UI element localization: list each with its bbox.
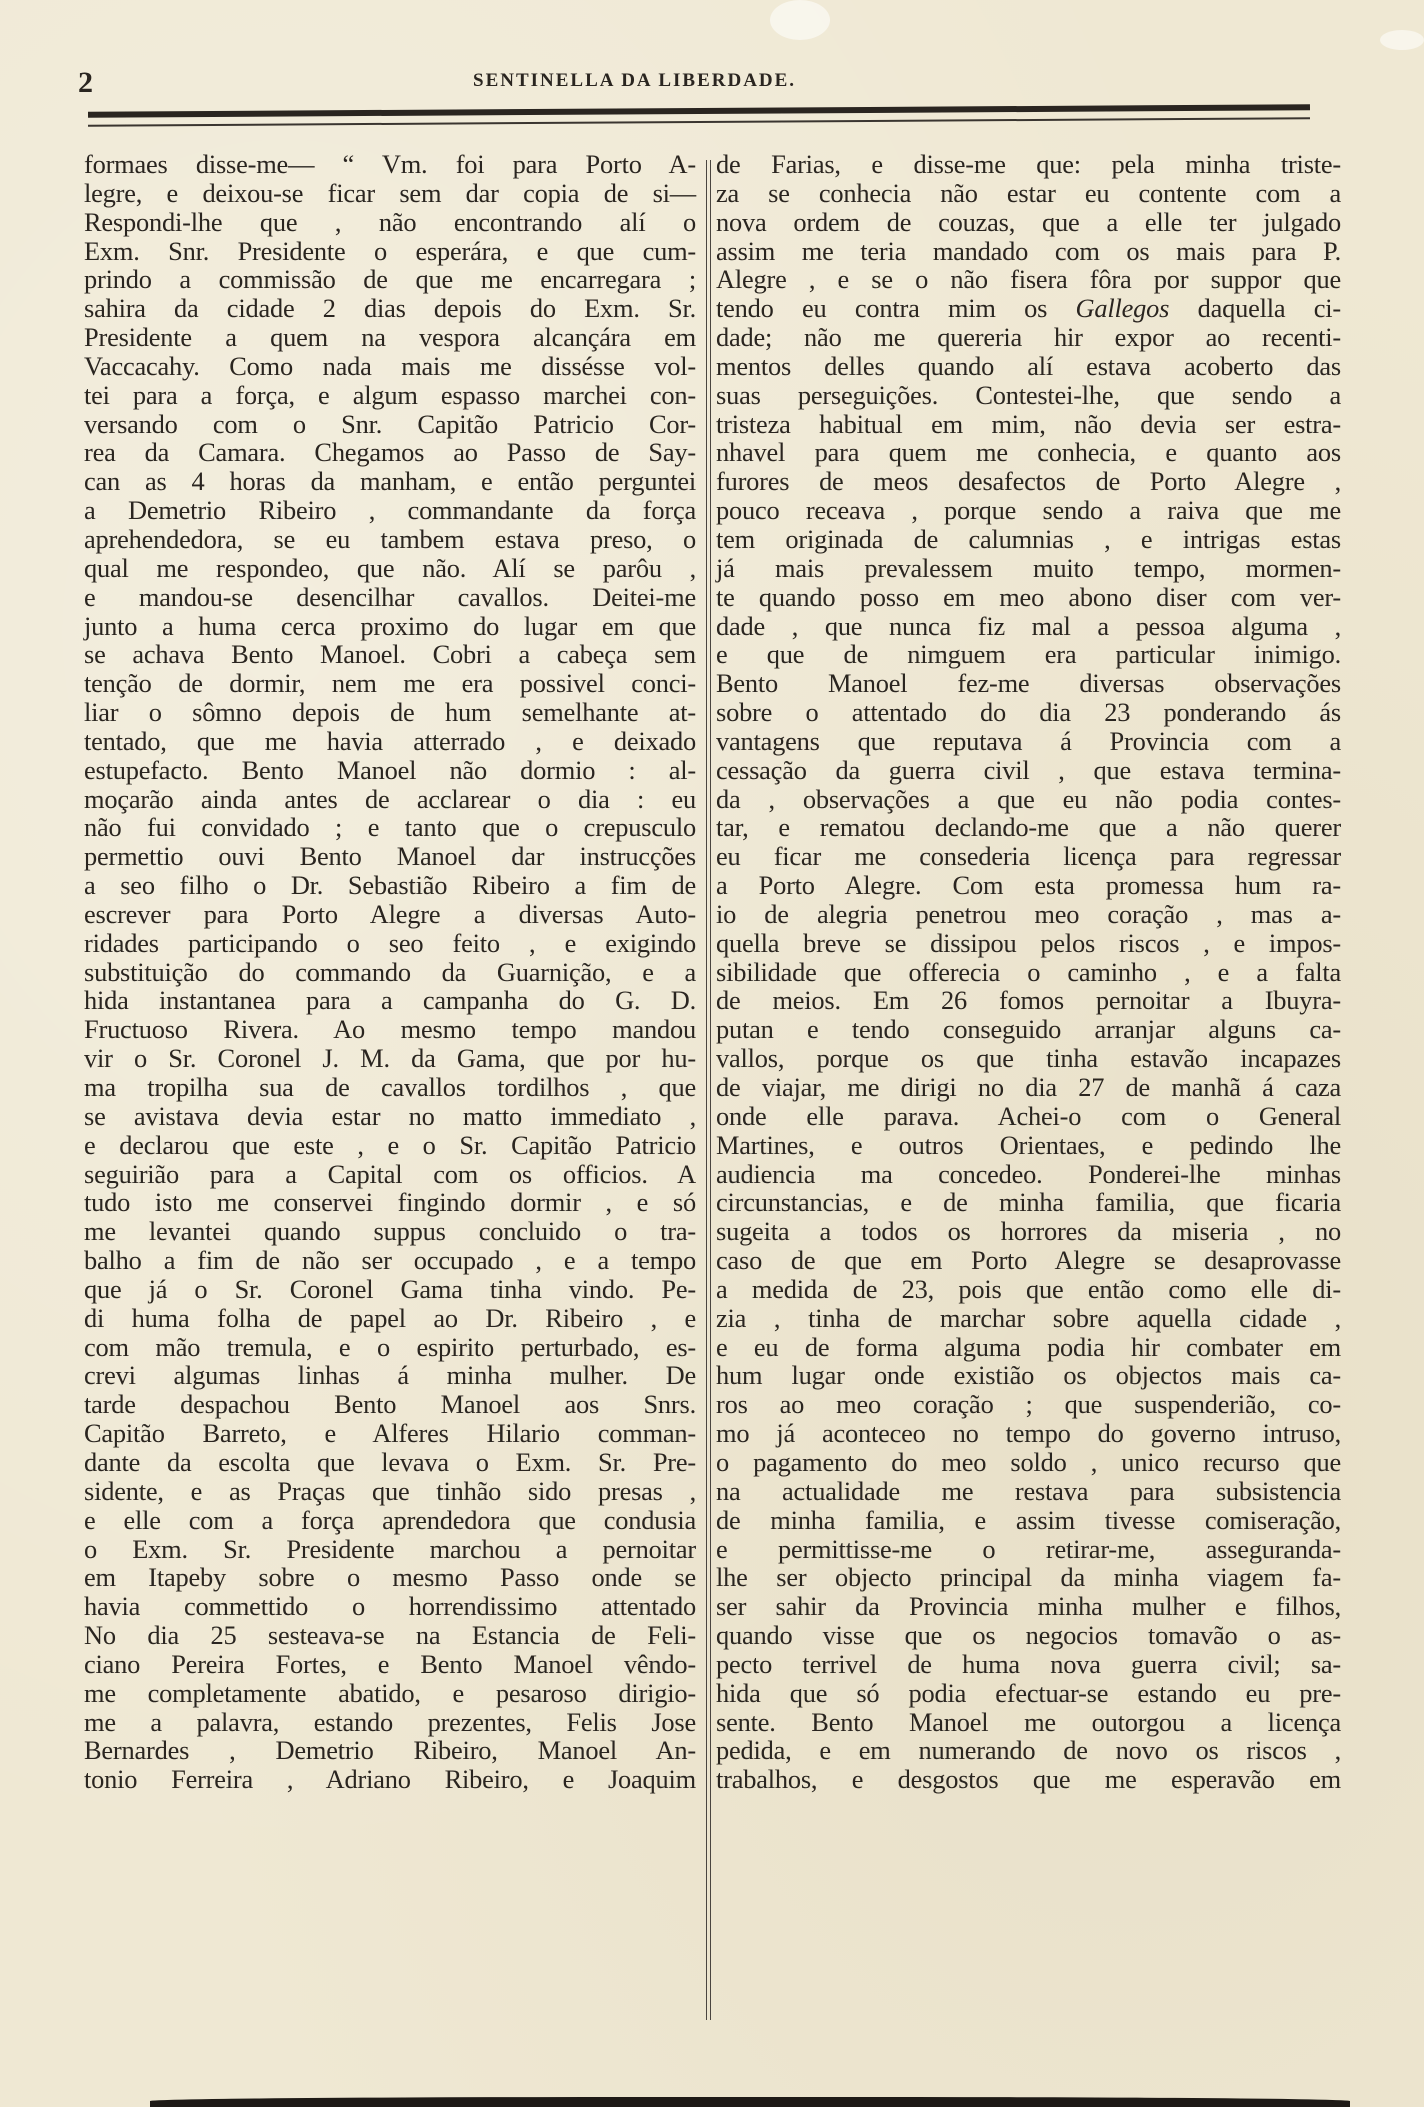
text-line: balho a fim de não ser occupado , e a te… (84, 1246, 696, 1275)
text-line: havia commettido o horrendissimo attenta… (84, 1592, 696, 1621)
text-line: se achava Bento Manoel. Cobri a cabeça s… (84, 640, 696, 669)
text-line: em Itapeby sobre o mesmo Passo onde se (84, 1563, 696, 1592)
text-line: suas perseguições. Contestei-lhe, que se… (716, 381, 1341, 410)
text-line: ridades participando o seo feito , e exi… (84, 929, 696, 958)
text-line: dante da escolta que levava o Exm. Sr. P… (84, 1448, 696, 1477)
text-line: com mão tremula, e o espirito perturbado… (84, 1333, 696, 1362)
page-bottom-edge (150, 2097, 1350, 2107)
page-header: 2 SENTINELLA DA LIBERDADE. (78, 62, 1310, 92)
text-line: furores de meos desafectos de Porto Aleg… (716, 467, 1341, 496)
text-line: mo já aconteceo no tempo do governo intr… (716, 1419, 1341, 1448)
paper-stain (1380, 30, 1424, 50)
text-line: tem originada de calumnias , e intrigas … (716, 525, 1341, 554)
text-line: lhe ser objecto principal da minha viage… (716, 1563, 1341, 1592)
text-line: se avistava devia estar no matto immedia… (84, 1102, 696, 1131)
text-line: hida instantanea para a campanha do G. D… (84, 986, 696, 1015)
text-line: ciano Pereira Fortes, e Bento Manoel vên… (84, 1650, 696, 1679)
italic-word: Gallegos (1076, 293, 1170, 323)
text-line: sente. Bento Manoel me outorgou a licenç… (716, 1708, 1341, 1737)
text-line: liar o sômno depois de hum semelhante at… (84, 698, 696, 727)
text-line: me a palavra, estando prezentes, Felis J… (84, 1708, 696, 1737)
text-line: a seo filho o Dr. Sebastião Ribeiro a fi… (84, 871, 696, 900)
text-line: Exm. Snr. Presidente o esperára, e que c… (84, 237, 696, 266)
text-line: legre, e deixou-se ficar sem dar copia d… (84, 179, 696, 208)
text-line: de viajar, me dirigi no dia 27 de manhã … (716, 1073, 1341, 1102)
text-line: sahira da cidade 2 dias depois do Exm. S… (84, 294, 696, 323)
text-line: sobre o attentado do dia 23 ponderando á… (716, 698, 1341, 727)
column-divider (706, 160, 707, 2020)
text-line: sibilidade que offerecia o caminho , e a… (716, 958, 1341, 987)
text-line: di huma folha de papel ao Dr. Ribeiro , … (84, 1304, 696, 1333)
text-line: de Farias, e disse-me que: pela minha tr… (716, 150, 1341, 179)
text-line: versando com o Snr. Capitão Patricio Cor… (84, 410, 696, 439)
text-line: hum lugar onde existião os objectos mais… (716, 1361, 1341, 1390)
paper-stain (770, 0, 830, 40)
text-line: vallos, porque os que tinha estavão inca… (716, 1044, 1341, 1073)
text-line: Martines, e outros Orientaes, e pedindo … (716, 1131, 1341, 1160)
text-line: me completamente abatido, e pesaroso dir… (84, 1679, 696, 1708)
text-line: nova ordem de couzas, que a elle ter jul… (716, 208, 1341, 237)
text-line: qual me respondeo, que não. Alí se parôu… (84, 554, 696, 583)
text-line: Presidente a quem na vespora alcançára e… (84, 323, 696, 352)
header-rule-thin (88, 117, 1310, 126)
column-divider (710, 160, 711, 2020)
text-line: moçarão ainda antes de acclarear o dia :… (84, 785, 696, 814)
text-line: onde elle parava. Achei-o com o General (716, 1102, 1341, 1131)
text-line: circunstancias, e de minha familia, que … (716, 1188, 1341, 1217)
text-line: já mais prevalessem muito tempo, mormen- (716, 554, 1341, 583)
text-line: crevi algumas linhas á minha mulher. De (84, 1361, 696, 1390)
text-line: e que de nimguem era particular inimigo. (716, 640, 1341, 669)
newspaper-page: 2 SENTINELLA DA LIBERDADE. formaes disse… (0, 0, 1424, 2107)
text-line: Bento Manoel fez-me diversas observações (716, 669, 1341, 698)
text-line: substituição do commando da Guarnição, e… (84, 958, 696, 987)
text-line: ma tropilha sua de cavallos tordilhos , … (84, 1073, 696, 1102)
text-line: e elle com a força aprendedora que condu… (84, 1506, 696, 1535)
text-line: e declarou que este , e o Sr. Capitão Pa… (84, 1131, 696, 1160)
text-line: o Exm. Sr. Presidente marchou a pernoita… (84, 1535, 696, 1564)
text-line: na actualidade me restava para subsisten… (716, 1477, 1341, 1506)
text-line: za se conhecia não estar eu contente com… (716, 179, 1341, 208)
text-line: cessação da guerra civil , que estava te… (716, 756, 1341, 785)
text-line: estupefacto. Bento Manoel não dormio : a… (84, 756, 696, 785)
text-line: quella breve se dissipou pelos riscos , … (716, 929, 1341, 958)
text-line: tristeza habitual em mim, não devia ser … (716, 410, 1341, 439)
text-line: No dia 25 sesteava-se na Estancia de Fel… (84, 1621, 696, 1650)
text-line: e permittisse-me o retirar-me, asseguran… (716, 1535, 1341, 1564)
text-line: Fructuoso Rivera. Ao mesmo tempo mandou (84, 1015, 696, 1044)
text-line: rea da Camara. Chegamos ao Passo de Say- (84, 438, 696, 467)
text-line: não fui convidado ; e tanto que o crepus… (84, 813, 696, 842)
text-line: tendo eu contra mim os Gallegos daquella… (716, 294, 1341, 323)
text-line: sugeita a todos os horrores da miseria ,… (716, 1217, 1341, 1246)
text-line: dade , que nunca fiz mal a pessoa alguma… (716, 612, 1341, 641)
text-column-right: de Farias, e disse-me que: pela minha tr… (716, 150, 1341, 1794)
page-number: 2 (78, 66, 93, 100)
text-line: can as 4 horas da manham, e então pergun… (84, 467, 696, 496)
text-line: tudo isto me conservei fingindo dormir ,… (84, 1188, 696, 1217)
text-line: tar, e rematou declando-me que a não que… (716, 813, 1341, 842)
header-rule-thick (88, 104, 1310, 117)
text-line: quando visse que os negocios tomavão o a… (716, 1621, 1341, 1650)
text-line: escrever para Porto Alegre a diversas Au… (84, 900, 696, 929)
text-line: prindo a commissão de que me encarregara… (84, 265, 696, 294)
text-line: tarde despachou Bento Manoel aos Snrs. (84, 1390, 696, 1419)
text-column-left: formaes disse-me— “ Vm. foi para Porto A… (84, 150, 696, 1794)
text-line: Alegre , e se o não fisera fôra por supp… (716, 265, 1341, 294)
text-line: eu ficar me consederia licença para regr… (716, 842, 1341, 871)
text-line: junto a huma cerca proximo do lugar em q… (84, 612, 696, 641)
text-line: pouco receava , porque sendo a raiva que… (716, 496, 1341, 525)
text-line: a medida de 23, pois que então como elle… (716, 1275, 1341, 1304)
text-line: me levantei quando suppus concluido o tr… (84, 1217, 696, 1246)
text-line: que já o Sr. Coronel Gama tinha vindo. P… (84, 1275, 696, 1304)
newspaper-title: SENTINELLA DA LIBERDADE. (473, 70, 796, 92)
text-line: tentado, que me havia atterrado , e deix… (84, 727, 696, 756)
text-line: de minha familia, e assim tivesse comise… (716, 1506, 1341, 1535)
text-line: audiencia ma concedeo. Ponderei-lhe minh… (716, 1160, 1341, 1189)
text-line: pedida, e em numerando de novo os riscos… (716, 1736, 1341, 1765)
text-line: vir o Sr. Coronel J. M. da Gama, que por… (84, 1044, 696, 1073)
text-line: hida que só podia efectuar-se estando eu… (716, 1679, 1341, 1708)
text-line: sidente, e as Praças que tinhão sido pre… (84, 1477, 696, 1506)
text-line: Vaccacahy. Como nada mais me dissésse vo… (84, 352, 696, 381)
text-line: de meios. Em 26 fomos pernoitar a Ibuyra… (716, 986, 1341, 1015)
text-line: io de alegria penetrou meo coração , mas… (716, 900, 1341, 929)
text-line: trabalhos, e desgostos que me esperavão … (716, 1765, 1341, 1794)
text-line: mentos delles quando alí estava acoberto… (716, 352, 1341, 381)
text-line: ser sahir da Provincia minha mulher e fi… (716, 1592, 1341, 1621)
text-line: e eu de forma alguma podia hir combater … (716, 1333, 1341, 1362)
text-line: a Demetrio Ribeiro , commandante da forç… (84, 496, 696, 525)
text-line: aprehendedora, se eu tambem estava preso… (84, 525, 696, 554)
text-line: Bernardes , Demetrio Ribeiro, Manoel An- (84, 1736, 696, 1765)
text-line: Capitão Barreto, e Alferes Hilario comma… (84, 1419, 696, 1448)
text-line: seguirião para a Capital com os officios… (84, 1160, 696, 1189)
text-line: permettio ouvi Bento Manoel dar instrucç… (84, 842, 696, 871)
text-line: o pagamento do meo soldo , unico recurso… (716, 1448, 1341, 1477)
text-line: formaes disse-me— “ Vm. foi para Porto A… (84, 150, 696, 179)
text-line: te quando posso em meo abono diser com v… (716, 583, 1341, 612)
text-line: da , observações a que eu não podia cont… (716, 785, 1341, 814)
text-line: assim me teria mandado com os mais para … (716, 237, 1341, 266)
text-line: ros ao meo coração ; que suspenderião, c… (716, 1390, 1341, 1419)
text-line: zia , tinha de marchar sobre aquella cid… (716, 1304, 1341, 1333)
text-line: nhavel para quem me conhecia, e quanto a… (716, 438, 1341, 467)
text-line: vantagens que reputava á Provincia com a (716, 727, 1341, 756)
text-line: tenção de dormir, nem me era possivel co… (84, 669, 696, 698)
text-line: tei para a força, e algum espasso marche… (84, 381, 696, 410)
text-line: caso de que em Porto Alegre se desaprova… (716, 1246, 1341, 1275)
text-line: pecto terrivel de huma nova guerra civil… (716, 1650, 1341, 1679)
text-line: a Porto Alegre. Com esta promessa hum ra… (716, 871, 1341, 900)
text-line: e mandou-se desencilhar cavallos. Deitei… (84, 583, 696, 612)
text-line: Respondi-lhe que , não encontrando alí o (84, 208, 696, 237)
text-line: putan e tendo conseguido arranjar alguns… (716, 1015, 1341, 1044)
text-line: dade; não me quereria hir expor ao recen… (716, 323, 1341, 352)
text-line: tonio Ferreira , Adriano Ribeiro, e Joaq… (84, 1765, 696, 1794)
